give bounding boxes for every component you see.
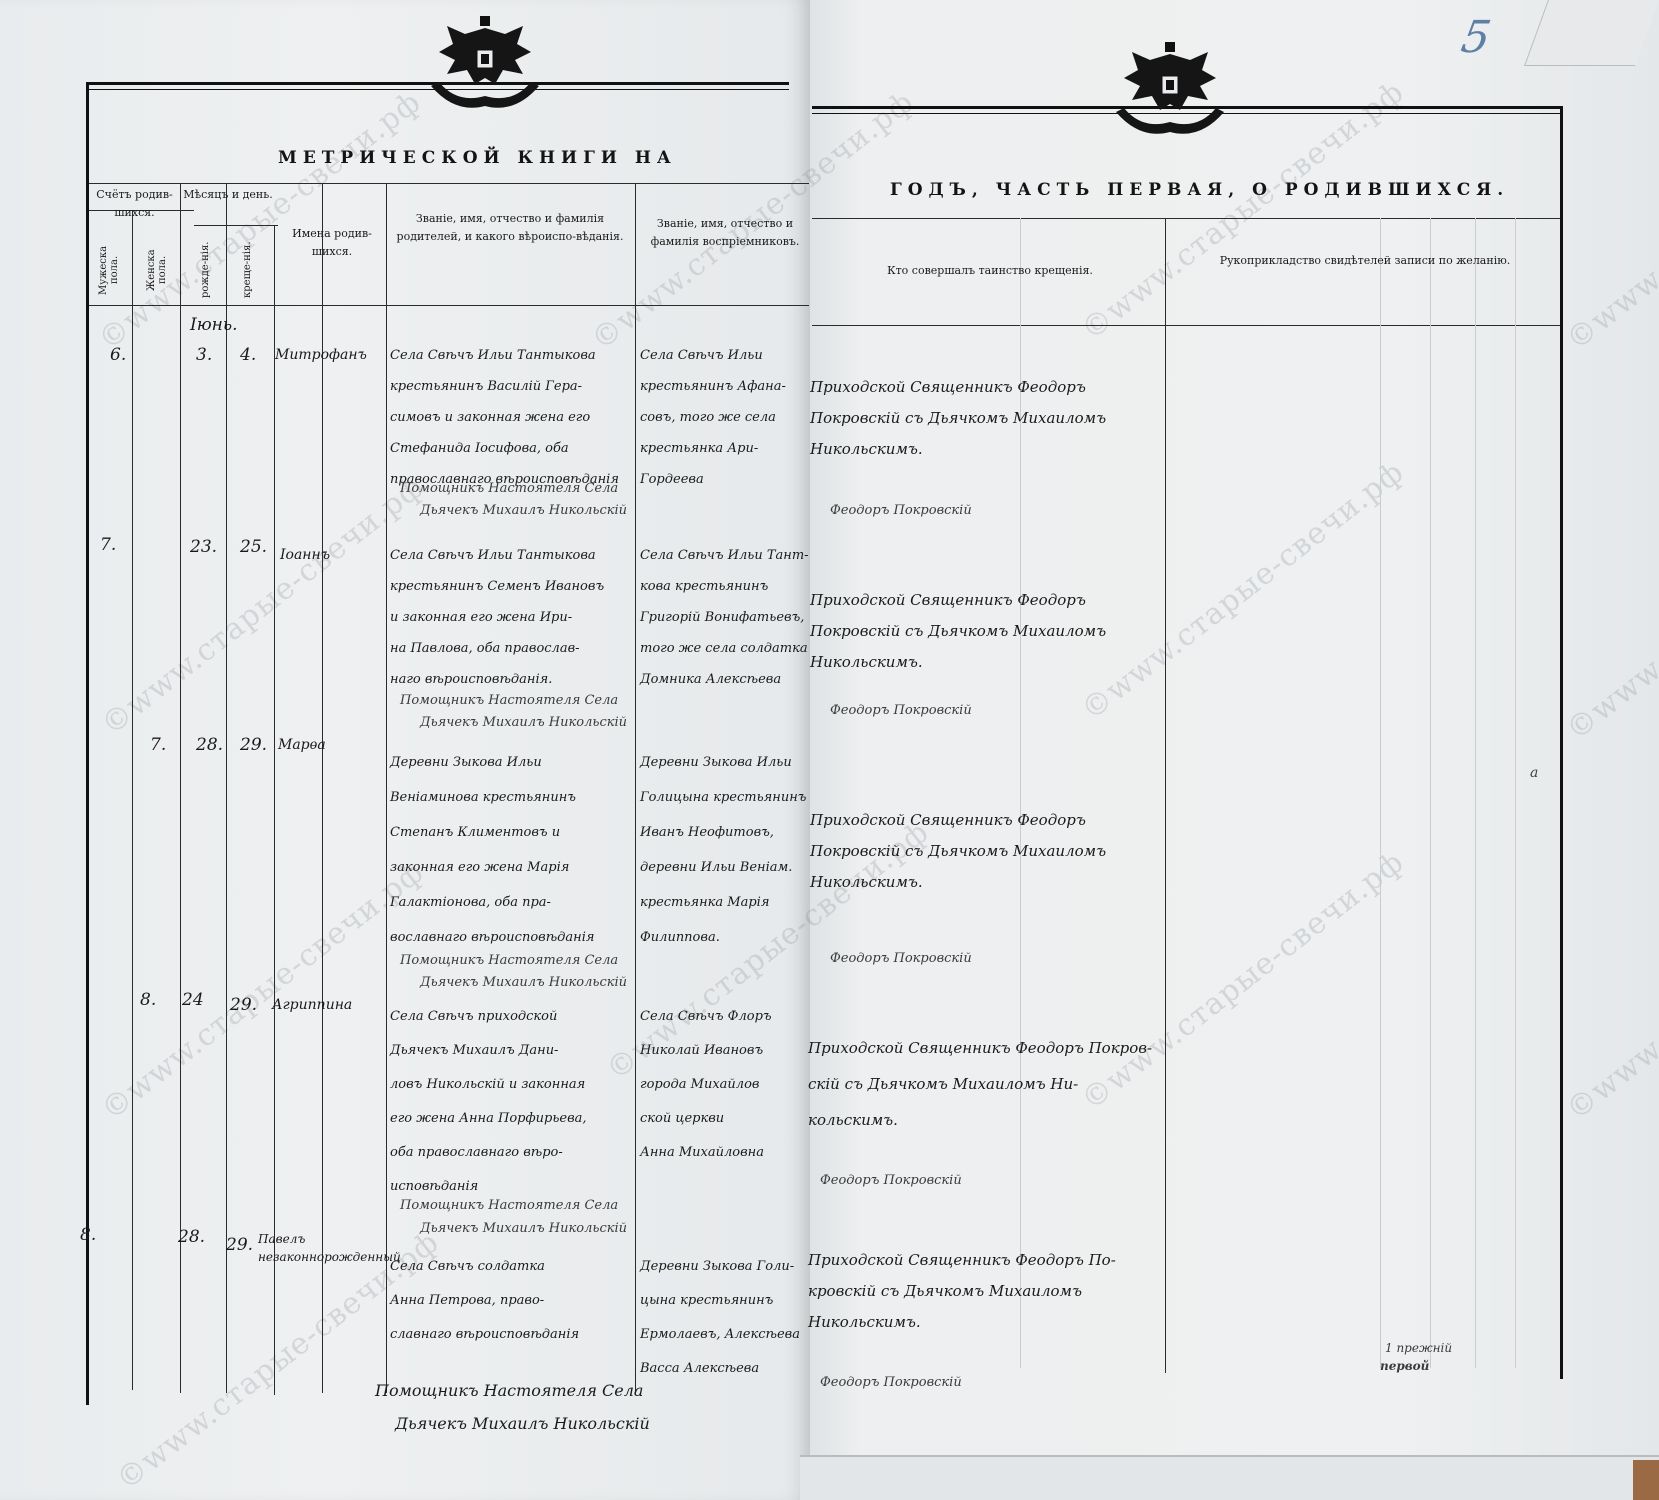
header-top-rule (812, 218, 1560, 219)
entry-male-number: 7. (100, 530, 116, 561)
entry-signature-assistant: Помощникъ Настоятеля Села (400, 478, 618, 500)
entry-female-number: 8. (140, 985, 156, 1016)
header-female: Женска пола. (146, 240, 168, 300)
header-parents: Званіе, имя, отчество и фамилія родителе… (390, 210, 630, 245)
entry-godparents: Села Свѣчъ Флоръ Николай Ивановъ города … (640, 1000, 772, 1170)
imperial-eagle-emblem-left (425, 14, 545, 124)
header-born: рожде-нія. (200, 240, 211, 300)
show-through-rule (1475, 218, 1476, 1368)
entry-parents: Села Свѣчъ приходской Дьячекъ Михаилъ Да… (390, 1000, 587, 1204)
entry-parents: Села Свѣчъ Ильи Тантыкова крестьянинъ Се… (390, 540, 604, 695)
entry-performer: Приходской Священникъ Феодоръ По- кровск… (808, 1245, 1116, 1338)
entry-baptized-day: 29. (240, 730, 267, 761)
entry-performer: Приходской Священникъ Феодоръ Покровскій… (810, 585, 1106, 678)
col-rule (226, 183, 227, 1393)
header-birth-count: Счётъ родив-шихся. (89, 186, 180, 221)
header-witnesses: Рукоприкладство свидѣтелей записи по жел… (1180, 248, 1550, 273)
bottom-signature-deacon: Дьячекъ Михаилъ Никольскій (395, 1408, 650, 1439)
entry-signature-priest: Феодоръ Покровскій (820, 1372, 962, 1394)
entry-born-day: 23. (190, 532, 217, 563)
page-stack-edge (800, 1455, 1659, 1500)
entry-male-number: 8. (80, 1220, 96, 1251)
entry-signature-deacon: Дьячекъ Михаилъ Никольскій (420, 1218, 627, 1240)
entry-parents: Села Свѣчъ Ильи Тантыкова крестьянинъ Ва… (390, 340, 619, 495)
entry-child-name: Іоаннъ (280, 540, 330, 571)
entry-born-day: 28. (196, 730, 223, 761)
entry-signature-priest: Феодоръ Покровскій (820, 1170, 962, 1192)
show-through-rule (1515, 218, 1516, 1368)
entry-baptized-day: 29. (230, 990, 257, 1021)
entry-born-day: 24 (182, 985, 204, 1016)
entry-signature-deacon: Дьячекъ Михаилъ Никольскій (420, 972, 627, 994)
margin-note: а (1530, 758, 1538, 789)
entry-born-day: 3. (196, 340, 212, 371)
entry-child-name: Марѳа (278, 730, 326, 761)
entry-signature-assistant: Помощникъ Настоятеля Села (400, 690, 618, 712)
entry-child-name: Павелъ незаконнорожденный (258, 1230, 401, 1266)
subheader-rule (194, 225, 278, 226)
witness-note-line2: первой (1380, 1358, 1429, 1374)
entry-child-name: Митрофанъ (275, 340, 367, 371)
header-top-rule (89, 183, 809, 184)
col-rule (180, 183, 181, 1393)
header-godparents: Званіе, имя, отчество и фамилія воспріем… (640, 215, 810, 250)
table-surface (1633, 1460, 1659, 1500)
header-bottom-rule (89, 305, 809, 306)
show-through-rule (1380, 218, 1381, 1368)
entry-female-number: 7. (150, 730, 166, 761)
right-page-title: ГОДЪ, ЧАСТЬ ПЕРВАЯ, О РОДИВШИХСЯ. (890, 180, 1509, 200)
entry-performer: Приходской Священникъ Феодоръ Покровскій… (810, 372, 1106, 465)
header-bottom-rule (812, 325, 1560, 326)
entry-godparents: Села Свѣчъ Ильи Тант- кова крестьянинъ Г… (640, 540, 809, 695)
left-page-title: МЕТРИЧЕСКОЙ КНИГИ НА (278, 148, 677, 168)
entry-signature-priest: Феодоръ Покровскій (830, 700, 972, 722)
entry-child-name: Агриппина (272, 990, 352, 1021)
entry-baptized-day: 29. (226, 1230, 253, 1261)
entry-godparents: Села Свѣчъ Ильи крестьянинъ Афана- совъ,… (640, 340, 786, 495)
header-performer: Кто совершалъ таинство крещенія. (840, 262, 1140, 280)
entry-performer: Приходской Священникъ Феодоръ Покров- ск… (808, 1030, 1152, 1138)
entry-baptized-day: 4. (240, 340, 256, 371)
col-rule (1165, 218, 1166, 1373)
month-label: Іюнь. (190, 310, 238, 341)
header-month-day: Мѣсяцъ и день. (182, 186, 274, 204)
entry-born-day: 28. (178, 1222, 205, 1253)
col-rule (274, 225, 275, 1395)
col-rule (132, 210, 133, 1390)
entry-godparents: Деревни Зыкова Голи- цына крестьянинъ Ер… (640, 1250, 800, 1386)
witness-note-line1: 1 прежній (1385, 1340, 1452, 1356)
header-baptized: креще-нія. (242, 240, 253, 300)
entry-performer: Приходской Священникъ Феодоръ Покровскій… (810, 805, 1106, 898)
entry-baptized-day: 25. (240, 532, 267, 563)
entry-signature-priest: Феодоръ Покровскій (830, 500, 972, 522)
header-names: Имена родив-шихся. (278, 225, 386, 260)
entry-signature-assistant: Помощникъ Настоятеля Села (400, 1195, 618, 1217)
header-male: Мужеска пола. (98, 240, 120, 300)
entry-parents: Села Свѣчъ солдатка Анна Петрова, право-… (390, 1250, 579, 1352)
entry-godparents: Деревни Зыкова Ильи Голицына крестьянинъ… (640, 745, 806, 955)
entry-signature-deacon: Дьячекъ Михаилъ Никольскій (420, 712, 627, 734)
show-through-rule (1430, 218, 1431, 1368)
entry-parents: Деревни Зыкова Ильи Веніаминова крестьян… (390, 745, 595, 955)
entry-male-number: 6. (110, 340, 126, 371)
bottom-signature-assistant: Помощникъ Настоятеля Села (375, 1375, 643, 1406)
col-rule (635, 183, 636, 1393)
entry-signature-assistant: Помощникъ Настоятеля Села (400, 950, 618, 972)
imperial-eagle-emblem-right (1110, 40, 1230, 150)
col-rule (386, 183, 387, 1393)
entry-signature-priest: Феодоръ Покровскій (830, 948, 972, 970)
entry-signature-deacon: Дьячекъ Михаилъ Никольскій (420, 500, 627, 522)
